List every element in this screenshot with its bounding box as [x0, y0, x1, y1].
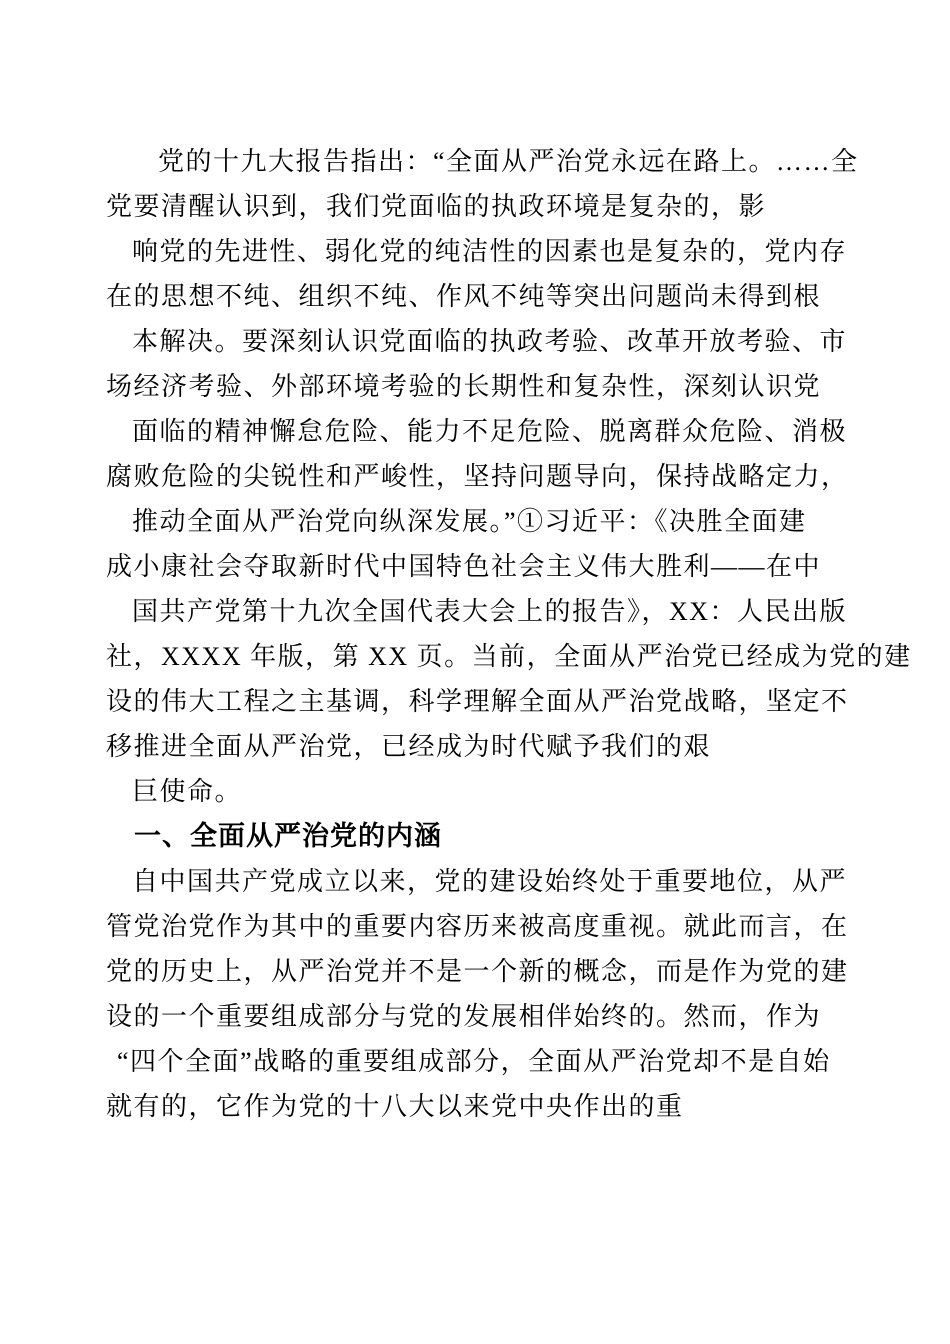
text-line: 设的一个重要组成部分与党的发展相伴始终的。然而，作为 [106, 994, 895, 1039]
text-line: “四个全面”战略的重要组成部分，全面从严治党却不是自始 [106, 1039, 895, 1084]
text-line: 响党的先进性、弱化党的纯洁性的因素也是复杂的，党内存 [106, 229, 895, 274]
text-line: 腐败危险的尖锐性和严峻性，坚持问题导向，保持战略定力， [106, 454, 895, 499]
document-page: 党的十九大报告指出：“全面从严治党永远在路上。……全 党要清醒认识到，我们党面临… [0, 0, 950, 1344]
text-line: 巨使命。 [106, 769, 895, 814]
text-line: 就有的，它作为党的十八大以来党中央作出的重 [106, 1084, 895, 1129]
text-line: 国共产党第十九次全国代表大会上的报告》，XX：人民出版 [106, 589, 895, 634]
text-line: 社，XXXX 年版，第 XX 页。当前，全面从严治党已经成为党的建 [106, 634, 895, 679]
text-line: 推动全面从严治党向纵深发展。”①习近平：《决胜全面建 [106, 499, 895, 544]
text-line: 移推进全面从严治党，已经成为时代赋予我们的艰 [106, 724, 895, 769]
text-line: 党的十九大报告指出：“全面从严治党永远在路上。……全 [106, 139, 895, 184]
text-line: 面临的精神懈怠危险、能力不足危险、脱离群众危险、消极 [106, 409, 895, 454]
text-line: 党要清醒认识到，我们党面临的执政环境是复杂的，影 [106, 184, 895, 229]
text-line: 本解决。要深刻认识党面临的执政考验、改革开放考验、市 [106, 319, 895, 364]
text-line: 党的历史上，从严治党并不是一个新的概念，而是作为党的建 [106, 949, 895, 994]
text-line: 管党治党作为其中的重要内容历来被高度重视。就此而言，在 [106, 904, 895, 949]
document-body: 党的十九大报告指出：“全面从严治党永远在路上。……全 党要清醒认识到，我们党面临… [106, 139, 895, 1129]
text-line: 自中国共产党成立以来，党的建设始终处于重要地位，从严 [106, 859, 895, 904]
text-line: 场经济考验、外部环境考验的长期性和复杂性，深刻认识党 [106, 364, 895, 409]
text-line: 设的伟大工程之主基调，科学理解全面从严治党战略，坚定不 [106, 679, 895, 724]
section-heading: 一、全面从严治党的内涵 [106, 814, 895, 859]
text-line: 在的思想不纯、组织不纯、作风不纯等突出问题尚未得到根 [106, 274, 895, 319]
text-line: 成小康社会夺取新时代中国特色社会主义伟大胜利——在中 [106, 544, 895, 589]
